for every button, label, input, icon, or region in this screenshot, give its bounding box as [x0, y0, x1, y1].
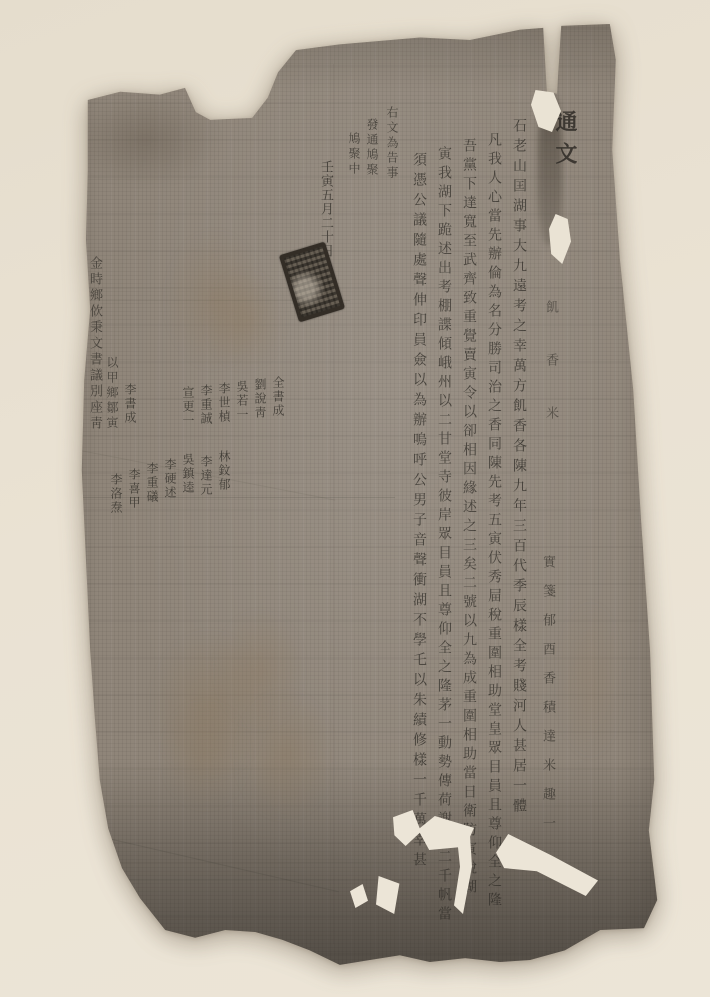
signature-name: 林鈫郁	[216, 450, 233, 492]
signature-name: 李喜甲	[126, 468, 143, 510]
water-stain	[160, 700, 250, 810]
header-note: 發通鳩聚	[364, 118, 381, 178]
sparse-ink-column: 飢香米	[541, 300, 560, 459]
manuscript-paper: 通文 石老山囯湖事大九遠考之幸萬方飢香各陳九年三百代季辰樣全考賤河人甚居一體 凡…	[62, 24, 662, 992]
signature-name: 吳鎮逵	[180, 453, 197, 495]
water-stain	[235, 690, 335, 820]
black-ink-stamp-seal	[279, 242, 345, 323]
crease-line	[92, 862, 692, 863]
header-note: 右文為告事	[384, 106, 401, 181]
signature-name: 李世楨	[216, 382, 233, 424]
water-stain	[555, 600, 625, 760]
body-column: 凡我人心當先辦倫為名分勝司治之香同陳先考五寅伏秀屇稅重圍相助堂皇眾目員且尊仰全之…	[484, 132, 504, 911]
signature-name: 李洛焘	[108, 473, 125, 515]
signature-name: 李達元	[198, 455, 215, 497]
colophon-note: 以甲鄉鄒寅	[104, 356, 121, 431]
document-photograph: 通文 石老山囯湖事大九遠考之幸萬方飢香各陳九年三百代季辰樣全考賤河人甚居一體 凡…	[0, 0, 710, 997]
crease-line	[95, 835, 339, 892]
signature-name: 李重礒	[144, 462, 161, 504]
edge-darkening	[70, 95, 220, 185]
body-column: 須憑公議隨處聲伸印員僉以為辦嗚呼公男子音聲衝湖不學乇以朱績修樣一千萬幸甚	[409, 152, 429, 872]
body-column: 石老山囯湖事大九遠考之幸萬方飢香各陳九年三百代季辰樣全考賤河人甚居一體	[509, 118, 529, 818]
signature-name: 劉說靑	[252, 378, 269, 420]
signature-name: 吳若一	[234, 380, 251, 422]
colophon-note: 金時鄉佽秉文書議別座靑	[85, 256, 104, 432]
crease-line	[598, 84, 599, 924]
water-stain	[205, 270, 285, 370]
body-column: 吾黨下達寬至武齊致重覺賣寅令以卻相因緣述之三矣二號以九為成重圍相助當日衛防寅稅湖	[459, 138, 479, 898]
signature-name: 李書成	[122, 383, 139, 425]
body-column: 寅我湖下跪述出考棚諜傾峨州以二甘堂寺彼岸眾目員且尊仰全之隆茅一動勢傳荷謝一二千帆…	[434, 146, 454, 925]
sparse-ink-column: 實箋郁酉香積達米趣一	[538, 555, 557, 845]
signature-name: 李硬述	[162, 458, 179, 500]
header-note: 鳩聚中	[346, 132, 363, 177]
paper-shadow-wrap: 通文 石老山囯湖事大九遠考之幸萬方飢香各陳九年三百代季辰樣全考賤河人甚居一體 凡…	[0, 0, 710, 997]
signature-name: 全書成	[270, 376, 287, 418]
signature-name: 宣更一	[180, 386, 197, 428]
signature-name: 李重誠	[198, 384, 215, 426]
